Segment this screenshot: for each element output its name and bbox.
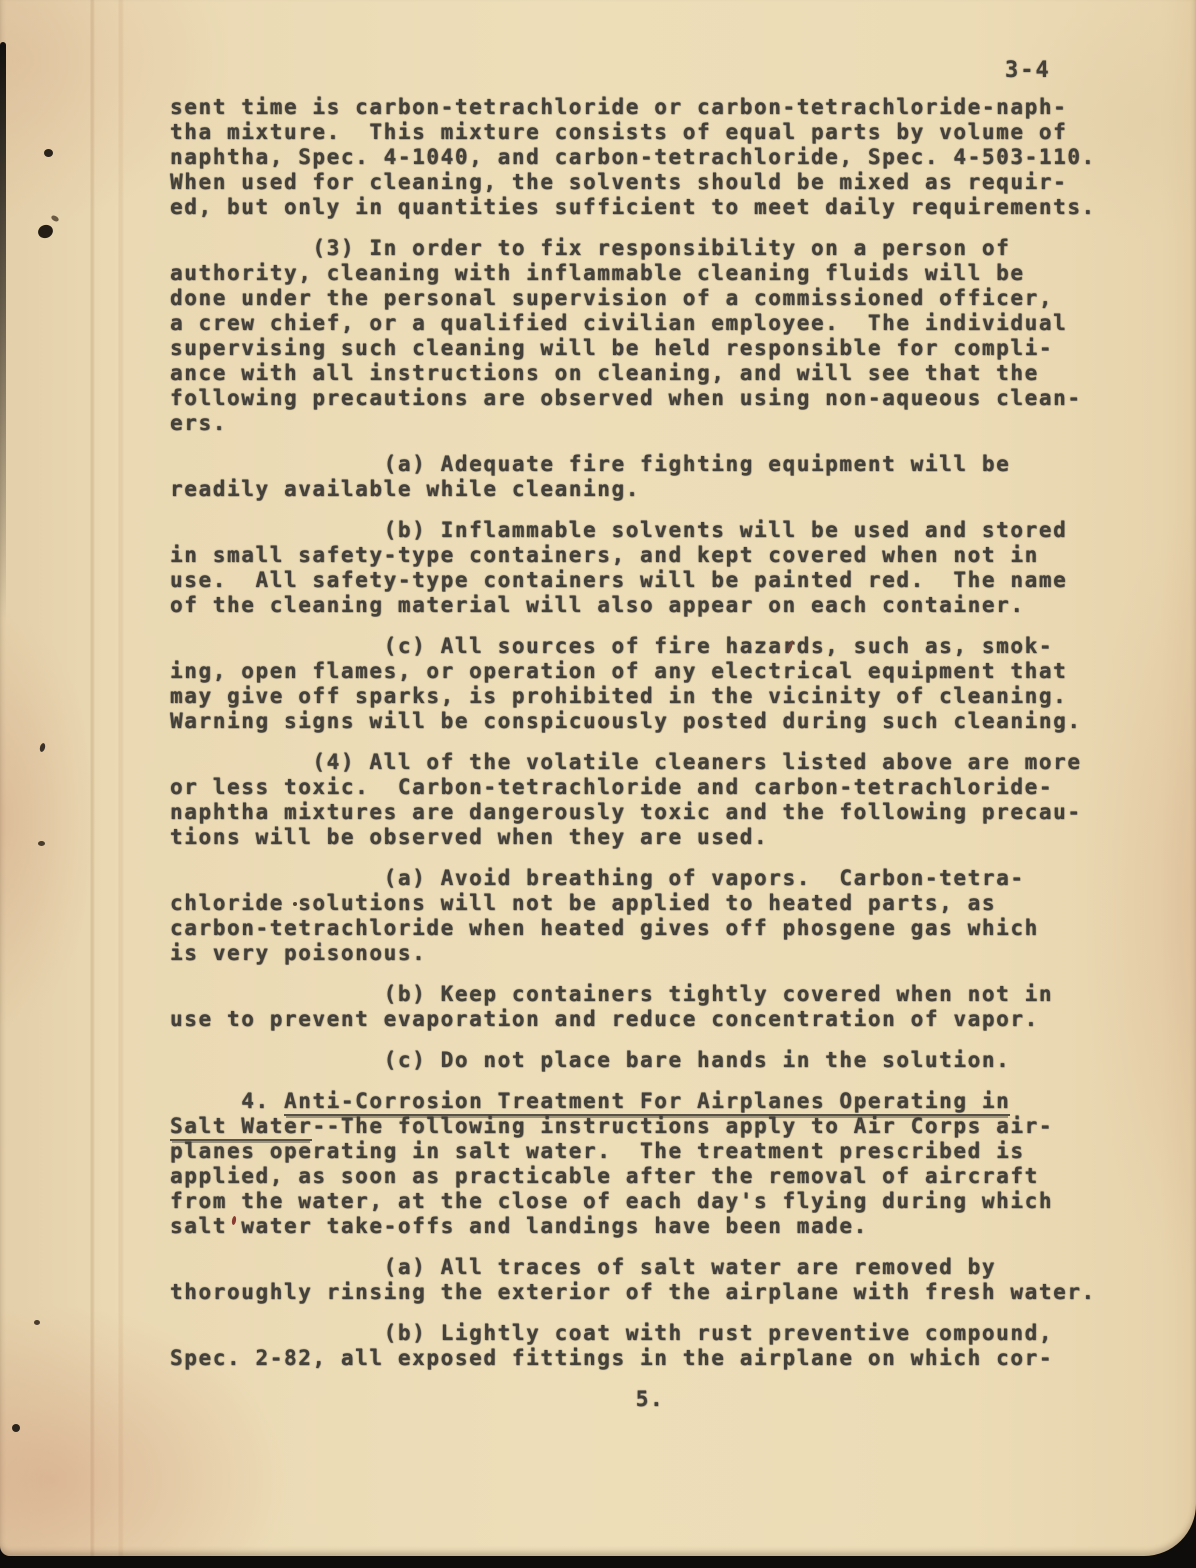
text-line: use. All safety-type containers will be …	[170, 568, 1130, 593]
text-line: Spec. 2-82, all exposed fittings in the …	[170, 1346, 1130, 1371]
text-line: ance with all instructions on cleaning, …	[170, 361, 1130, 386]
page-sheet: 3-4 sent time is carbon-tetrachloride or…	[0, 0, 1196, 1556]
scanned-document: 3-4 sent time is carbon-tetrachloride or…	[0, 0, 1196, 1568]
paragraph: (a) Avoid breathing of vapors. Carbon-te…	[170, 866, 1130, 966]
text-line: (c) Do not place bare hands in the solut…	[170, 1048, 1130, 1073]
text-line: (b) Inflammable solvents will be used an…	[170, 518, 1130, 543]
text-line: authority, cleaning with inflammable cle…	[170, 261, 1130, 286]
text-line: may give off sparks, is prohibited in th…	[170, 684, 1130, 709]
paragraph: (b) Inflammable solvents will be used an…	[170, 518, 1130, 618]
text-line: ed, but only in quantities sufficient to…	[170, 195, 1130, 220]
ink-speck	[34, 1320, 40, 1325]
document-text: sent time is carbon-tetrachloride or car…	[170, 95, 1130, 1412]
text-line: 4. Anti-Corrosion Treatment For Airplane…	[170, 1089, 1130, 1114]
text-line: or less toxic. Carbon-tetrachloride and …	[170, 775, 1130, 800]
text-line: readily available while cleaning.	[170, 477, 1130, 502]
text-line: supervising such cleaning will be held r…	[170, 336, 1130, 361]
text-line: naphtha, Spec. 4-1040, and carbon-tetrac…	[170, 145, 1130, 170]
ink-speck	[44, 149, 53, 157]
text-line: of the cleaning material will also appea…	[170, 593, 1130, 618]
ink-speck	[39, 743, 46, 753]
ink-speck	[12, 1424, 20, 1432]
text-line: tions will be observed when they are use…	[170, 825, 1130, 850]
ink-speck	[38, 841, 45, 846]
text-line: (3) In order to fix responsibility on a …	[170, 236, 1130, 261]
ink-speck	[36, 223, 55, 240]
text-line: following precautions are observed when …	[170, 386, 1130, 411]
text-line: Salt Water--The following instructions a…	[170, 1114, 1130, 1139]
text-line: (b) Lightly coat with rust preventive co…	[170, 1321, 1130, 1346]
paragraph: (b) Lightly coat with rust preventive co…	[170, 1321, 1130, 1371]
text-line: Warning signs will be conspicuously post…	[170, 709, 1130, 734]
paragraph: (3) In order to fix responsibility on a …	[170, 236, 1130, 436]
text-line: tha mixture. This mixture consists of eq…	[170, 120, 1130, 145]
paragraph: (a) Adequate fire fighting equipment wil…	[170, 452, 1130, 502]
text-line: ers.	[170, 411, 1130, 436]
text-line: (c) All sources of fire hazards, such as…	[170, 634, 1130, 659]
text-line: use to prevent evaporation and reduce co…	[170, 1007, 1130, 1032]
paragraph: (a) All traces of salt water are removed…	[170, 1255, 1130, 1305]
ink-speck	[293, 902, 297, 906]
text-line: salt water take-offs and landings have b…	[170, 1214, 1130, 1239]
text-line: When used for cleaning, the solvents sho…	[170, 170, 1130, 195]
paragraph: 4. Anti-Corrosion Treatment For Airplane…	[170, 1089, 1130, 1239]
paragraph: (b) Keep containers tightly covered when…	[170, 982, 1130, 1032]
text-line: applied, as soon as practicable after th…	[170, 1164, 1130, 1189]
text-line: (b) Keep containers tightly covered when…	[170, 982, 1130, 1007]
text-line: thoroughly rinsing the exterior of the a…	[170, 1280, 1130, 1305]
underlined-heading-text: Anti-Corrosion Treatment For Airplanes O…	[284, 1089, 1010, 1116]
paragraph: sent time is carbon-tetrachloride or car…	[170, 95, 1130, 220]
paragraph: (c) Do not place bare hands in the solut…	[170, 1048, 1130, 1073]
text-line: ing, open flames, or operation of any el…	[170, 659, 1130, 684]
binding-edge-shadow	[0, 42, 6, 622]
text-line: (a) All traces of salt water are removed…	[170, 1255, 1130, 1280]
text-line: carbon-tetrachloride when heated gives o…	[170, 916, 1130, 941]
page-header-number: 3-4	[1005, 58, 1051, 83]
text-line: (a) Avoid breathing of vapors. Carbon-te…	[170, 866, 1130, 891]
text-line: (a) Adequate fire fighting equipment wil…	[170, 452, 1130, 477]
text-line: is very poisonous.	[170, 941, 1130, 966]
ink-speck	[50, 214, 59, 222]
paragraph: (4) All of the volatile cleaners listed …	[170, 750, 1130, 850]
text-line: chloride solutions will not be applied t…	[170, 891, 1130, 916]
text-line: a crew chief, or a qualified civilian em…	[170, 311, 1130, 336]
text-line: planes operating in salt water. The trea…	[170, 1139, 1130, 1164]
text-line: from the water, at the close of each day…	[170, 1189, 1130, 1214]
text-line: (4) All of the volatile cleaners listed …	[170, 750, 1130, 775]
text-line: done under the personal supervision of a…	[170, 286, 1130, 311]
underlined-heading-text: Salt Water	[170, 1114, 312, 1141]
text-line: sent time is carbon-tetrachloride or car…	[170, 95, 1130, 120]
page-footer-number: 5.	[170, 1387, 1130, 1412]
text-line: naphtha mixtures are dangerously toxic a…	[170, 800, 1130, 825]
text-segment: 4.	[170, 1089, 284, 1113]
text-line: in small safety-type containers, and kep…	[170, 543, 1130, 568]
text-segment: --The following instructions apply to Ai…	[312, 1114, 1053, 1138]
paragraph: (c) All sources of fire hazards, such as…	[170, 634, 1130, 734]
